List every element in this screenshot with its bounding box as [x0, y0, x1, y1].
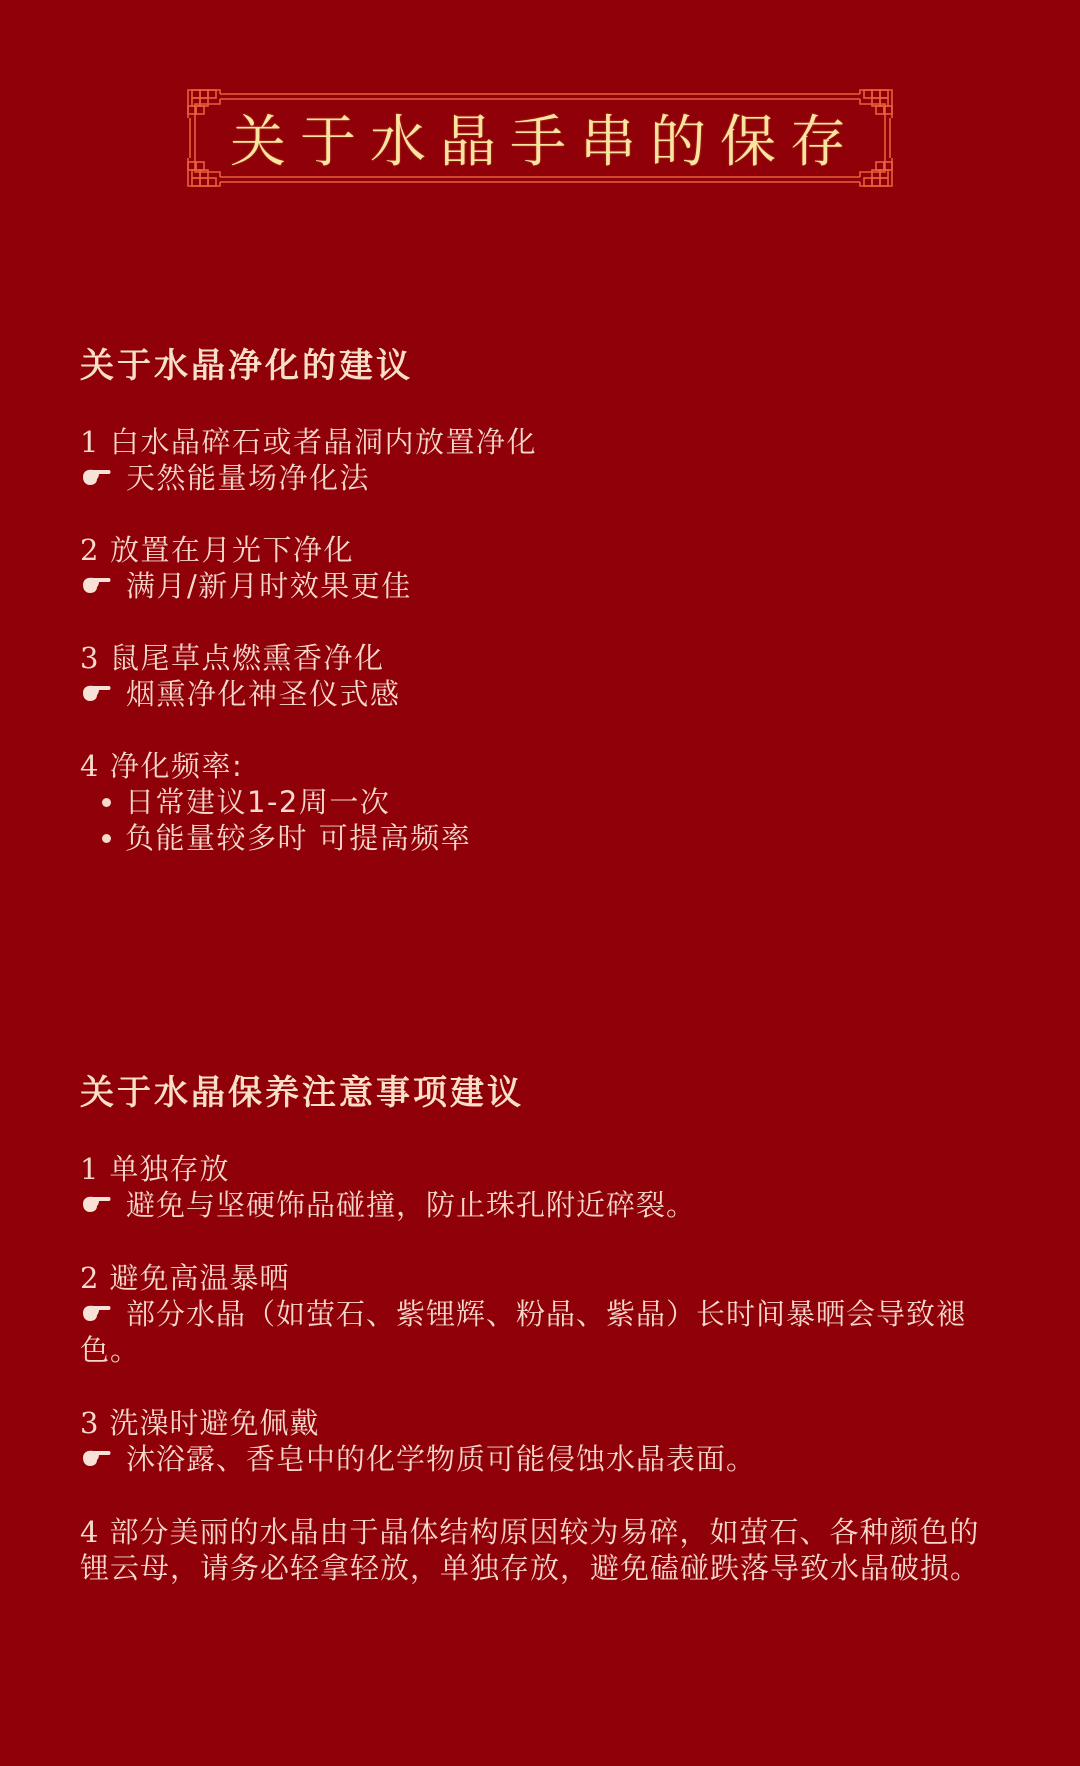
pointing-hand-icon: [80, 574, 112, 596]
maintenance-section: 关于水晶保养注意事项建议 1单独存放 避免与坚硬饰品碰撞，防止珠孔附近碎裂。 2…: [80, 1073, 1010, 1623]
item-number: 1: [80, 424, 100, 460]
item-number: 2: [80, 1260, 99, 1296]
purification-section: 关于水晶净化的建议 1白水晶碎石或者晶洞内放置净化 天然能量场净化法 2放置在月…: [80, 346, 1010, 892]
bullet-dot-icon: [102, 798, 111, 807]
item-heading: 4部分美丽的水晶由于晶体结构原因较为易碎，如萤石、各种颜色的锂云母，请务必轻拿轻…: [80, 1514, 1000, 1587]
item-note: 沐浴露、香皂中的化学物质可能侵蚀水晶表面。: [80, 1442, 1010, 1478]
bullet-dot-icon: [102, 834, 111, 843]
item-text: 避免高温暴晒: [109, 1263, 289, 1295]
list-item: 1单独存放 避免与坚硬饰品碰撞，防止珠孔附近碎裂。: [80, 1151, 1010, 1224]
page-title: 关于水晶手串的保存: [186, 88, 894, 188]
bullet-text: 负能量较多时 可提高频率: [125, 821, 471, 855]
note-text: 天然能量场净化法: [126, 461, 370, 495]
item-heading: 1白水晶碎石或者晶洞内放置净化: [80, 424, 1010, 460]
pointing-hand-icon: [80, 682, 112, 704]
item-heading: 2放置在月光下净化: [80, 532, 1010, 568]
item-text: 部分美丽的水晶由于晶体结构原因较为易碎，如萤石、各种颜色的锂云母，请务必轻拿轻放…: [80, 1517, 980, 1585]
item-heading: 3洗澡时避免佩戴: [80, 1405, 1010, 1442]
item-number: 4: [80, 748, 100, 784]
item-note: 满月/新月时效果更佳: [80, 568, 1010, 604]
item-text: 白水晶碎石或者晶洞内放置净化: [110, 425, 537, 459]
list-item: 4部分美丽的水晶由于晶体结构原因较为易碎，如萤石、各种颜色的锂云母，请务必轻拿轻…: [80, 1514, 1010, 1587]
section-title: 关于水晶保养注意事项建议: [80, 1073, 1010, 1113]
note-text: 避免与坚硬饰品碰撞，防止珠孔附近碎裂。: [126, 1190, 696, 1222]
note-text: 沐浴露、香皂中的化学物质可能侵蚀水晶表面。: [126, 1444, 756, 1476]
list-item: 1白水晶碎石或者晶洞内放置净化 天然能量场净化法: [80, 424, 1010, 496]
pointing-hand-icon: [80, 1447, 112, 1469]
list-item: 2放置在月光下净化 满月/新月时效果更佳: [80, 532, 1010, 604]
list-item: 4净化频率: 日常建议1-2周一次 负能量较多时 可提高频率: [80, 748, 1010, 856]
item-number: 3: [80, 640, 100, 676]
bullet-item: 日常建议1-2周一次: [80, 784, 1010, 820]
item-note: 天然能量场净化法: [80, 460, 1010, 496]
pointing-hand-icon: [80, 466, 112, 488]
bullet-item: 负能量较多时 可提高频率: [80, 820, 1010, 856]
item-text: 鼠尾草点燃熏香净化: [110, 641, 385, 675]
item-note: 部分水晶（如萤石、紫锂辉、粉晶、紫晶）长时间暴晒会导致褪色。: [80, 1297, 1000, 1369]
pointing-hand-icon: [80, 1193, 112, 1215]
item-text: 单独存放: [109, 1154, 229, 1186]
pointing-hand-icon: [80, 1302, 112, 1324]
section-title: 关于水晶净化的建议: [80, 346, 1010, 386]
item-number: 4: [80, 1514, 99, 1550]
item-text: 放置在月光下净化: [110, 533, 354, 567]
item-heading: 4净化频率:: [80, 748, 1010, 784]
maintenance-list: 1单独存放 避免与坚硬饰品碰撞，防止珠孔附近碎裂。 2避免高温暴晒 部分水晶（如…: [80, 1151, 1010, 1587]
item-note: 避免与坚硬饰品碰撞，防止珠孔附近碎裂。: [80, 1188, 1010, 1224]
item-heading: 2避免高温暴晒: [80, 1260, 1010, 1297]
item-text: 洗澡时避免佩戴: [109, 1408, 319, 1440]
title-banner: 关于水晶手串的保存: [186, 88, 894, 188]
note-text: 烟熏净化神圣仪式感: [126, 677, 401, 711]
bullet-text: 日常建议1-2周一次: [125, 785, 390, 819]
note-text: 满月/新月时效果更佳: [126, 569, 412, 603]
list-item: 2避免高温暴晒 部分水晶（如萤石、紫锂辉、粉晶、紫晶）长时间暴晒会导致褪色。: [80, 1260, 1010, 1369]
item-text: 净化频率:: [110, 749, 243, 783]
item-heading: 3鼠尾草点燃熏香净化: [80, 640, 1010, 676]
note-text: 部分水晶（如萤石、紫锂辉、粉晶、紫晶）长时间暴晒会导致褪色。: [80, 1299, 966, 1367]
list-item: 3洗澡时避免佩戴 沐浴露、香皂中的化学物质可能侵蚀水晶表面。: [80, 1405, 1010, 1478]
purification-list: 1白水晶碎石或者晶洞内放置净化 天然能量场净化法 2放置在月光下净化 满月/新月…: [80, 424, 1010, 856]
item-number: 1: [80, 1151, 99, 1187]
item-note: 烟熏净化神圣仪式感: [80, 676, 1010, 712]
item-number: 2: [80, 532, 100, 568]
list-item: 3鼠尾草点燃熏香净化 烟熏净化神圣仪式感: [80, 640, 1010, 712]
item-heading: 1单独存放: [80, 1151, 1010, 1188]
item-number: 3: [80, 1405, 99, 1441]
